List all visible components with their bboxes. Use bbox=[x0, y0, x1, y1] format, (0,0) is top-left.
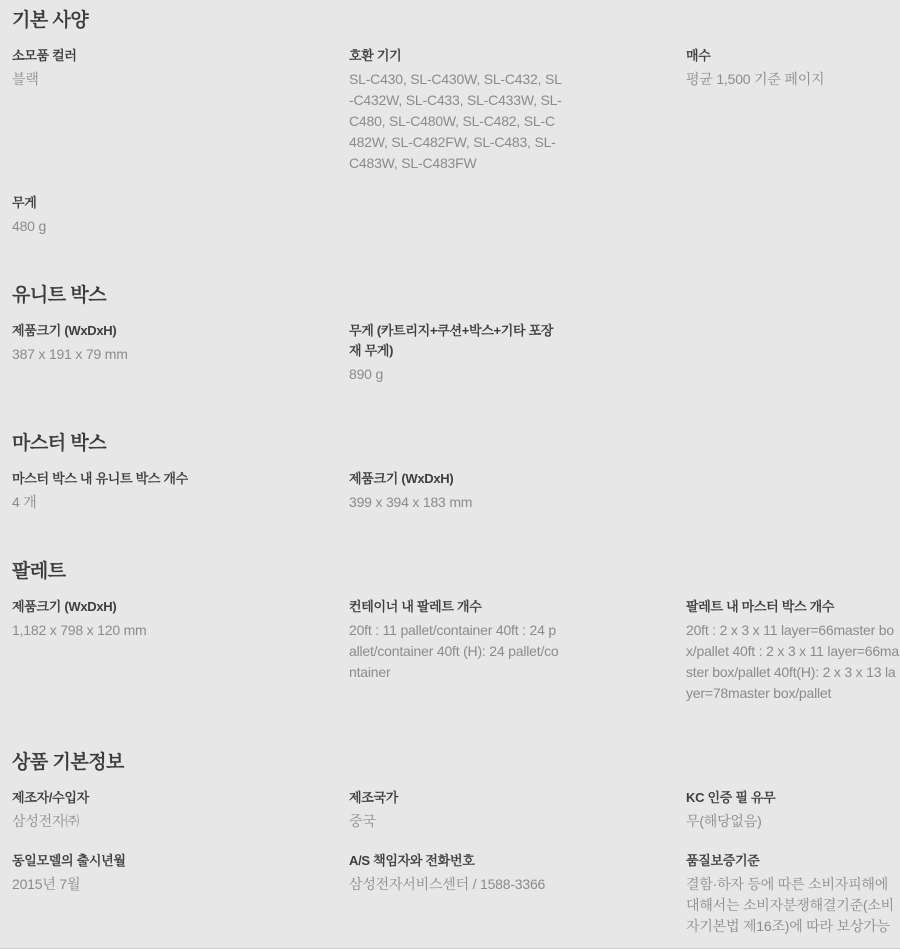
spec-value: SL-C430, SL-C430W, SL-C432, SL-C432W, SL… bbox=[349, 69, 562, 174]
spec-value: 2015년 7월 bbox=[12, 874, 225, 895]
spec-item-weight: 무게 480 g bbox=[12, 193, 225, 237]
spec-value: 4 개 bbox=[12, 492, 225, 513]
spec-item-warranty-standard: 품질보증기준 결함·하자 등에 따른 소비자피해에 대해서는 소비자분쟁해결기준… bbox=[686, 851, 899, 937]
section-title: 마스터 박스 bbox=[12, 431, 888, 457]
spec-label: 무게 bbox=[12, 193, 225, 213]
spec-label: 팔레트 내 마스터 박스 개수 bbox=[686, 597, 899, 617]
spec-label: 마스터 박스 내 유니트 박스 개수 bbox=[12, 469, 225, 489]
spec-label: 호환 기기 bbox=[349, 46, 562, 66]
section-title: 기본 사양 bbox=[12, 8, 888, 34]
spec-label: 제조자/수입자 bbox=[12, 788, 225, 808]
spec-item-compatible-devices: 호환 기기 SL-C430, SL-C430W, SL-C432, SL-C43… bbox=[349, 46, 562, 174]
spec-item-pallet-size: 제품크기 (WxDxH) 1,182 x 798 x 120 mm bbox=[12, 597, 225, 704]
spec-grid: 제품크기 (WxDxH) 1,182 x 798 x 120 mm 컨테이너 내… bbox=[12, 597, 888, 704]
spec-value: 399 x 394 x 183 mm bbox=[349, 492, 562, 513]
spec-label: 무게 (카트리지+쿠션+박스+기타 포장재 무게) bbox=[349, 321, 562, 361]
spec-label: 제조국가 bbox=[349, 788, 562, 808]
spec-value: 삼성전자㈜ bbox=[12, 811, 225, 832]
spec-value: 480 g bbox=[12, 216, 225, 237]
product-spec-page: 기본 사양 소모품 컬러 블랙 호환 기기 SL-C430, SL-C430W,… bbox=[0, 0, 900, 949]
spec-item-unit-boxes-per-master: 마스터 박스 내 유니트 박스 개수 4 개 bbox=[12, 469, 225, 513]
spec-value: 결함·하자 등에 따른 소비자피해에 대해서는 소비자분쟁해결기준(소비자기본법… bbox=[686, 874, 899, 937]
spec-label: A/S 책임자와 전화번호 bbox=[349, 851, 562, 871]
spec-value: 삼성전자서비스센터 / 1588-3366 bbox=[349, 874, 562, 895]
spec-grid: 제품크기 (WxDxH) 387 x 191 x 79 mm 무게 (카트리지+… bbox=[12, 321, 888, 385]
spec-label: KC 인증 필 유무 bbox=[686, 788, 899, 808]
section-product-basic-info: 상품 기본정보 제조자/수입자 삼성전자㈜ 제조국가 중국 KC 인증 필 유무… bbox=[12, 750, 888, 937]
spec-grid: 제조자/수입자 삼성전자㈜ 제조국가 중국 KC 인증 필 유무 무(해당없음)… bbox=[12, 788, 888, 937]
spec-item-consumable-color: 소모품 컬러 블랙 bbox=[12, 46, 225, 174]
spec-value: 중국 bbox=[349, 811, 562, 832]
spec-item-pallets-per-container: 컨테이너 내 팔레트 개수 20ft : 11 pallet/container… bbox=[349, 597, 562, 704]
spec-grid: 소모품 컬러 블랙 호환 기기 SL-C430, SL-C430W, SL-C4… bbox=[12, 46, 888, 237]
spec-item-master-boxes-per-pallet: 팔레트 내 마스터 박스 개수 20ft : 2 x 3 x 11 layer=… bbox=[686, 597, 899, 704]
spec-label: 매수 bbox=[686, 46, 899, 66]
spec-item-packed-weight: 무게 (카트리지+쿠션+박스+기타 포장재 무게) 890 g bbox=[349, 321, 562, 385]
spec-value: 블랙 bbox=[12, 69, 225, 90]
spec-value: 1,182 x 798 x 120 mm bbox=[12, 620, 225, 641]
spec-value: 20ft : 2 x 3 x 11 layer=66master box/pal… bbox=[686, 620, 899, 704]
section-pallet: 팔레트 제품크기 (WxDxH) 1,182 x 798 x 120 mm 컨테… bbox=[12, 559, 888, 704]
section-title: 상품 기본정보 bbox=[12, 750, 888, 776]
spec-value: 387 x 191 x 79 mm bbox=[12, 344, 225, 365]
section-title: 유니트 박스 bbox=[12, 283, 888, 309]
spec-item-as-contact: A/S 책임자와 전화번호 삼성전자서비스센터 / 1588-3366 bbox=[349, 851, 562, 937]
spec-value: 890 g bbox=[349, 364, 562, 385]
spec-label: 동일모델의 출시년월 bbox=[12, 851, 225, 871]
spec-grid: 마스터 박스 내 유니트 박스 개수 4 개 제품크기 (WxDxH) 399 … bbox=[12, 469, 888, 513]
spec-label: 제품크기 (WxDxH) bbox=[12, 597, 225, 617]
spec-value: 무(해당없음) bbox=[686, 811, 899, 832]
spec-item-country-of-origin: 제조국가 중국 bbox=[349, 788, 562, 832]
spec-value: 평균 1,500 기준 페이지 bbox=[686, 69, 899, 90]
section-unit-box: 유니트 박스 제품크기 (WxDxH) 387 x 191 x 79 mm 무게… bbox=[12, 283, 888, 385]
section-basic-specs: 기본 사양 소모품 컬러 블랙 호환 기기 SL-C430, SL-C430W,… bbox=[12, 8, 888, 237]
section-master-box: 마스터 박스 마스터 박스 내 유니트 박스 개수 4 개 제품크기 (WxDx… bbox=[12, 431, 888, 513]
section-title: 팔레트 bbox=[12, 559, 888, 585]
spec-label: 제품크기 (WxDxH) bbox=[349, 469, 562, 489]
spec-label: 제품크기 (WxDxH) bbox=[12, 321, 225, 341]
spec-label: 컨테이너 내 팔레트 개수 bbox=[349, 597, 562, 617]
spec-label: 소모품 컬러 bbox=[12, 46, 225, 66]
spec-value: 20ft : 11 pallet/container 40ft : 24 pal… bbox=[349, 620, 562, 683]
spec-item-release-date: 동일모델의 출시년월 2015년 7월 bbox=[12, 851, 225, 937]
spec-item-kc-certification: KC 인증 필 유무 무(해당없음) bbox=[686, 788, 899, 832]
spec-label: 품질보증기준 bbox=[686, 851, 899, 871]
spec-item-manufacturer: 제조자/수입자 삼성전자㈜ bbox=[12, 788, 225, 832]
spec-item-page-yield: 매수 평균 1,500 기준 페이지 bbox=[686, 46, 899, 174]
spec-item-master-box-size: 제품크기 (WxDxH) 399 x 394 x 183 mm bbox=[349, 469, 562, 513]
spec-item-product-size: 제품크기 (WxDxH) 387 x 191 x 79 mm bbox=[12, 321, 225, 385]
